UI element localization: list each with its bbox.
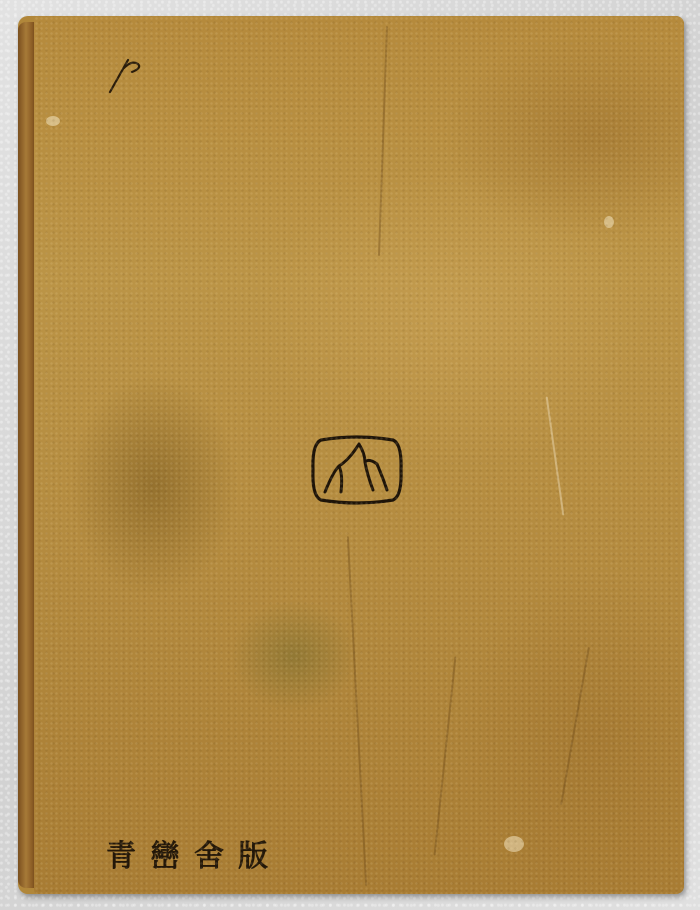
wear-spot — [504, 836, 524, 852]
crease — [347, 536, 367, 886]
crease — [434, 656, 457, 855]
book: 青巒舍版 — [18, 16, 684, 894]
publisher-imprint: 青巒舍版 — [106, 842, 282, 872]
crease — [546, 396, 565, 515]
crease — [560, 647, 590, 805]
mountain-peaks-icon — [307, 430, 407, 510]
handwritten-mark — [102, 48, 152, 98]
wear-spot — [46, 116, 60, 126]
wear-spot — [604, 216, 614, 228]
back-cover: 青巒舍版 — [34, 16, 684, 894]
crease — [378, 26, 388, 256]
